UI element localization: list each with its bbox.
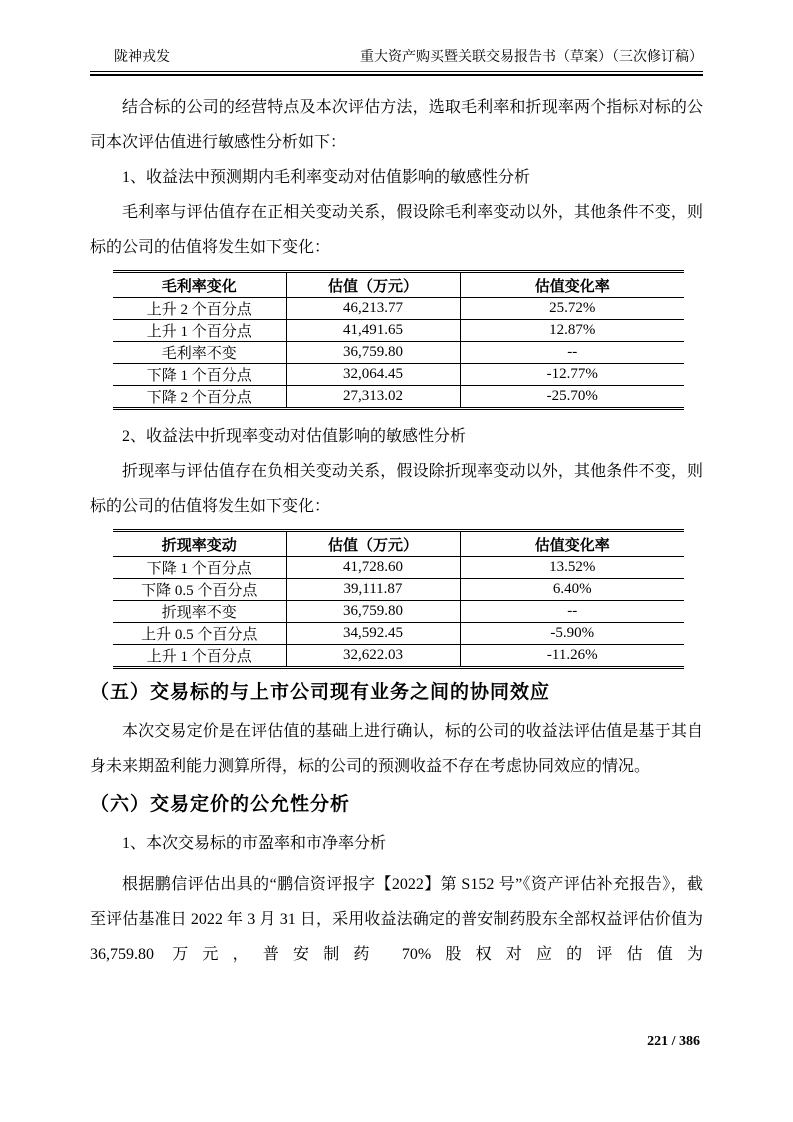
table-cell: 36,759.80	[286, 601, 460, 623]
table-cell: 下降 0.5 个百分点	[113, 579, 286, 601]
table-cell: 27,313.02	[286, 386, 460, 409]
header-company-name: 陇神戎发	[114, 48, 170, 68]
gross-margin-sensitivity-table: 毛利率变化 估值（万元） 估值变化率 上升 2 个百分点 46,213.77 2…	[113, 270, 684, 410]
section-6-heading: （六）交易定价的公允性分析	[90, 790, 703, 820]
table-cell: -25.70%	[460, 386, 684, 409]
item2-heading: 2、收益法中折现率变动对估值影响的敏感性分析	[90, 419, 703, 454]
table-cell: 上升 1 个百分点	[113, 320, 286, 342]
table-row: 折现率不变 36,759.80 --	[113, 601, 684, 623]
table-cell: 上升 2 个百分点	[113, 298, 286, 320]
item1-paragraph: 毛利率与评估值存在正相关变动关系，假设除毛利率变动以外，其他条件不变，则标的公司…	[90, 195, 703, 265]
item2-paragraph: 折现率与评估值存在负相关变动关系，假设除折现率变动以外，其他条件不变，则标的公司…	[90, 454, 703, 524]
table-cell: 41,491.65	[286, 320, 460, 342]
table-cell: 折现率不变	[113, 601, 286, 623]
header-rule-thick	[90, 74, 703, 76]
table-cell: 下降 1 个百分点	[113, 557, 286, 579]
header-document-title: 重大资产购买暨关联交易报告书（草案）（三次修订稿）	[360, 48, 703, 68]
table-header-cell: 折现率变动	[113, 531, 286, 557]
table-row: 上升 0.5 个百分点 34,592.45 -5.90%	[113, 623, 684, 645]
table-cell: 46,213.77	[286, 298, 460, 320]
table-cell: 毛利率不变	[113, 342, 286, 364]
section-5-heading: （五）交易标的与上市公司现有业务之间的协同效应	[90, 678, 703, 708]
table-cell: -12.77%	[460, 364, 684, 386]
section-5-paragraph: 本次交易定价是在评估值的基础上进行确认，标的公司的收益法评估值是基于其自身未来期…	[90, 714, 703, 784]
table-cell: 12.87%	[460, 320, 684, 342]
table-row: 上升 2 个百分点 46,213.77 25.72%	[113, 298, 684, 320]
table-header-cell: 估值（万元）	[286, 272, 460, 298]
table-cell: 下降 1 个百分点	[113, 364, 286, 386]
table-cell: -11.26%	[460, 645, 684, 668]
header-rule-thin	[90, 71, 703, 72]
section-6-item1-heading: 1、本次交易标的市盈率和市净率分析	[90, 826, 703, 861]
running-header: 陇神戎发 重大资产购买暨关联交易报告书（草案）（三次修订稿）	[90, 48, 703, 68]
discount-rate-sensitivity-table: 折现率变动 估值（万元） 估值变化率 下降 1 个百分点 41,728.60 1…	[113, 529, 684, 669]
table-header-cell: 估值变化率	[460, 272, 684, 298]
table-cell: 上升 0.5 个百分点	[113, 623, 286, 645]
document-body: 结合标的公司的经营特点及本次评估方法，选取毛利率和折现率两个指标对标的公司本次评…	[90, 90, 703, 972]
table-cell: 13.52%	[460, 557, 684, 579]
table-header-cell: 估值变化率	[460, 531, 684, 557]
document-page: 陇神戎发 重大资产购买暨关联交易报告书（草案）（三次修订稿） 结合标的公司的经营…	[0, 0, 793, 1122]
table-cell: 34,592.45	[286, 623, 460, 645]
table-cell: 32,064.45	[286, 364, 460, 386]
table-row: 上升 1 个百分点 41,491.65 12.87%	[113, 320, 684, 342]
table-cell: 上升 1 个百分点	[113, 645, 286, 668]
table-cell: 下降 2 个百分点	[113, 386, 286, 409]
table-row: 毛利率不变 36,759.80 --	[113, 342, 684, 364]
table-cell: 25.72%	[460, 298, 684, 320]
table-header-row: 折现率变动 估值（万元） 估值变化率	[113, 531, 684, 557]
table-row: 下降 1 个百分点 32,064.45 -12.77%	[113, 364, 684, 386]
section-6-paragraph: 根据鹏信评估出具的“鹏信资评报字【2022】第 S152 号”《资产评估补充报告…	[90, 867, 703, 972]
table-header-cell: 毛利率变化	[113, 272, 286, 298]
table-row: 上升 1 个百分点 32,622.03 -11.26%	[113, 645, 684, 668]
table-header-row: 毛利率变化 估值（万元） 估值变化率	[113, 272, 684, 298]
page-number: 221 / 386	[647, 1034, 700, 1050]
table-cell: 36,759.80	[286, 342, 460, 364]
table-cell: 32,622.03	[286, 645, 460, 668]
table-cell: --	[460, 342, 684, 364]
table-cell: --	[460, 601, 684, 623]
table-cell: 6.40%	[460, 579, 684, 601]
table-cell: -5.90%	[460, 623, 684, 645]
table-row: 下降 0.5 个百分点 39,111.87 6.40%	[113, 579, 684, 601]
table-row: 下降 2 个百分点 27,313.02 -25.70%	[113, 386, 684, 409]
table-row: 下降 1 个百分点 41,728.60 13.52%	[113, 557, 684, 579]
intro-paragraph: 结合标的公司的经营特点及本次评估方法，选取毛利率和折现率两个指标对标的公司本次评…	[90, 90, 703, 160]
table-cell: 39,111.87	[286, 579, 460, 601]
table-cell: 41,728.60	[286, 557, 460, 579]
item1-heading: 1、收益法中预测期内毛利率变动对估值影响的敏感性分析	[90, 160, 703, 195]
table-header-cell: 估值（万元）	[286, 531, 460, 557]
